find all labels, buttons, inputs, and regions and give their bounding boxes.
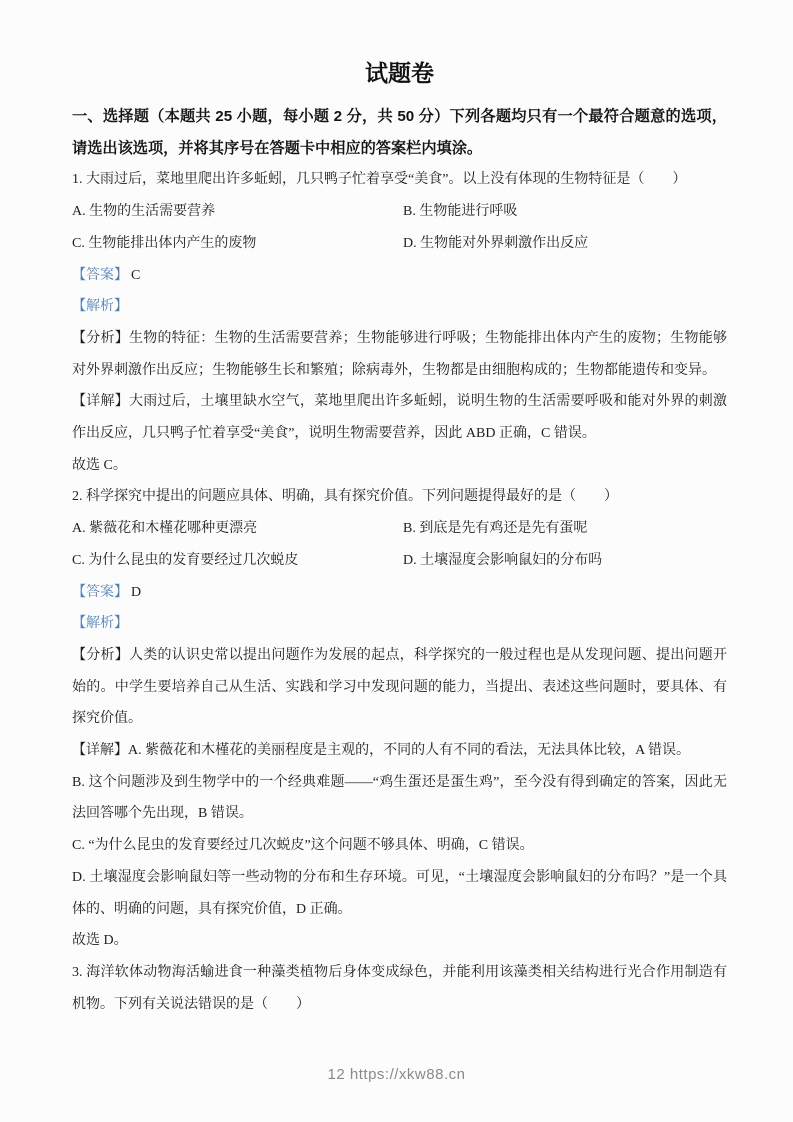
explanation-paragraph: 【详解】A. 紫薇花和木槿花的美丽程度是主观的，不同的人有不同的看法，无法具体比… — [72, 735, 727, 767]
analysis-label: 【解析】 — [72, 616, 128, 631]
page-title: 试题卷 — [72, 57, 727, 90]
explanation-paragraph: 【分析】人类的认识史常以提出问题作为发展的起点，科学探究的一般过程也是从发现问题… — [72, 640, 727, 735]
question-block-2: 2. 科学探究中提出的问题应具体、明确，具有探究价值。下列问题提得最好的是（ ）… — [72, 481, 727, 957]
document-page: 试题卷 一、选择题（本题共 25 小题，每小题 2 分，共 50 分）下列各题均… — [0, 0, 793, 1122]
options-grid: A. 紫薇花和木槿花哪种更漂亮B. 到底是先有鸡还是先有蛋呢C. 为什么昆虫的发… — [72, 513, 727, 576]
option-item-a: A. 生物的生活需要营养 — [72, 196, 403, 228]
answer-line: 【答案】D — [72, 577, 727, 609]
explanation-paragraph: 【分析】生物的特征：生物的生活需要营养；生物能够进行呼吸；生物能排出体内产生的废… — [72, 323, 727, 386]
answer-value: C — [131, 268, 140, 283]
explanation-paragraph: 故选 D。 — [72, 925, 727, 957]
analysis-line: 【解析】 — [72, 291, 727, 323]
footer-text: 12 https://xkw88.cn — [328, 1066, 466, 1083]
option-item-d: D. 土壤湿度会影响鼠妇的分布吗 — [403, 545, 727, 577]
questions: 1. 大雨过后，菜地里爬出许多蚯蚓，几只鸭子忙着享受“美食”。以上没有体现的生物… — [72, 164, 727, 1020]
answer-line: 【答案】C — [72, 260, 727, 292]
question-stem: 2. 科学探究中提出的问题应具体、明确，具有探究价值。下列问题提得最好的是（ ） — [72, 481, 727, 513]
explanation-paragraph: 故选 C。 — [72, 450, 727, 482]
option-item-a: A. 紫薇花和木槿花哪种更漂亮 — [72, 513, 403, 545]
option-item-d: D. 生物能对外界刺激作出反应 — [403, 228, 727, 260]
analysis-line: 【解析】 — [72, 608, 727, 640]
option-item-c: C. 生物能排出体内产生的废物 — [72, 228, 403, 260]
page-footer: 12 https://xkw88.cn — [0, 1066, 793, 1083]
question-stem: 1. 大雨过后，菜地里爬出许多蚯蚓，几只鸭子忙着享受“美食”。以上没有体现的生物… — [72, 164, 727, 196]
document-content: 试题卷 一、选择题（本题共 25 小题，每小题 2 分，共 50 分）下列各题均… — [0, 57, 793, 1020]
explanation-paragraph: 【详解】大雨过后，土壤里缺水空气，菜地里爬出许多蚯蚓，说明生物的生活需要呼吸和能… — [72, 386, 727, 449]
section-heading: 一、选择题（本题共 25 小题，每小题 2 分，共 50 分）下列各题均只有一个… — [72, 101, 727, 164]
explanation-paragraph: D. 土壤湿度会影响鼠妇等一些动物的分布和生存环境。可见，“土壤湿度会影响鼠妇的… — [72, 862, 727, 925]
question-block-3: 3. 海洋软体动物海活蝓进食一种藻类植物后身体变成绿色，并能利用该藻类相关结构进… — [72, 957, 727, 1020]
explanation-paragraph: C. “为什么昆虫的发育要经过几次蜕皮”这个问题不够具体、明确，C 错误。 — [72, 830, 727, 862]
option-item-c: C. 为什么昆虫的发育要经过几次蜕皮 — [72, 545, 403, 577]
option-item-b: B. 到底是先有鸡还是先有蛋呢 — [403, 513, 727, 545]
options-grid: A. 生物的生活需要营养B. 生物能进行呼吸C. 生物能排出体内产生的废物D. … — [72, 196, 727, 259]
explanation-paragraph: B. 这个问题涉及到生物学中的一个经典难题——“鸡生蛋还是蛋生鸡”，至今没有得到… — [72, 767, 727, 830]
answer-label: 【答案】 — [72, 268, 128, 283]
answer-label: 【答案】 — [72, 585, 128, 600]
question-stem: 3. 海洋软体动物海活蝓进食一种藻类植物后身体变成绿色，并能利用该藻类相关结构进… — [72, 957, 727, 1020]
analysis-label: 【解析】 — [72, 299, 128, 314]
answer-value: D — [131, 585, 141, 600]
option-item-b: B. 生物能进行呼吸 — [403, 196, 727, 228]
question-block-1: 1. 大雨过后，菜地里爬出许多蚯蚓，几只鸭子忙着享受“美食”。以上没有体现的生物… — [72, 164, 727, 481]
